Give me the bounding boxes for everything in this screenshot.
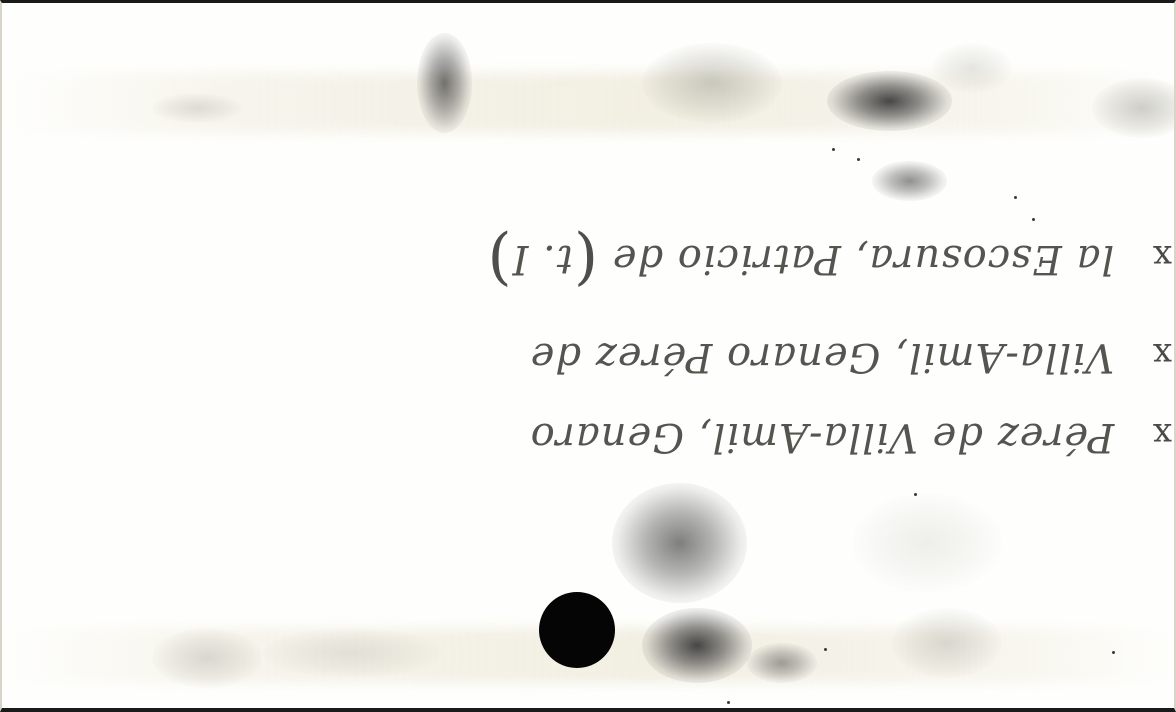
punch-hole bbox=[539, 592, 615, 668]
ink-speckle bbox=[827, 71, 952, 131]
ink-dot bbox=[857, 158, 860, 161]
close-paren: ) bbox=[486, 225, 511, 298]
smudge bbox=[152, 628, 262, 688]
ink-speckle bbox=[417, 33, 472, 133]
index-card: x Pérez de Villa-Amil, Genaro x Villa-Am… bbox=[0, 0, 1176, 712]
ink-dot bbox=[1112, 651, 1115, 654]
smudge bbox=[892, 608, 1002, 678]
ink-dot bbox=[832, 148, 835, 151]
smudge bbox=[262, 628, 442, 678]
ink-speckle bbox=[872, 161, 947, 201]
open-paren: ( bbox=[573, 225, 598, 298]
ink-speckle bbox=[642, 608, 752, 683]
ink-dot bbox=[824, 648, 827, 651]
entry-mark: x bbox=[1128, 335, 1172, 375]
volume-note: t. I bbox=[512, 236, 573, 282]
entry-mark: x bbox=[1128, 415, 1172, 455]
smudge bbox=[152, 93, 242, 123]
entry-line: x Pérez de Villa-Amil, Genaro bbox=[530, 414, 1172, 460]
entry-line: x la Escosura, Patricio de (t. I) bbox=[486, 225, 1172, 298]
entry-text: la Escosura, Patricio de bbox=[612, 236, 1114, 282]
ink-dot bbox=[1014, 196, 1017, 199]
smudge bbox=[852, 493, 1002, 593]
entry-text: Villa-Amil, Genaro Pérez de bbox=[530, 334, 1115, 380]
handwritten-entries: x Pérez de Villa-Amil, Genaro x Villa-Am… bbox=[142, 208, 1172, 468]
entry-line: x Villa-Amil, Genaro Pérez de bbox=[530, 334, 1172, 380]
ink-dot bbox=[727, 701, 730, 704]
ink-speckle bbox=[612, 483, 747, 603]
entry-mark: x bbox=[1128, 237, 1172, 277]
smudge bbox=[642, 43, 782, 123]
entry-text: Pérez de Villa-Amil, Genaro bbox=[530, 414, 1115, 460]
ink-speckle bbox=[747, 643, 817, 683]
ink-dot bbox=[914, 493, 917, 496]
